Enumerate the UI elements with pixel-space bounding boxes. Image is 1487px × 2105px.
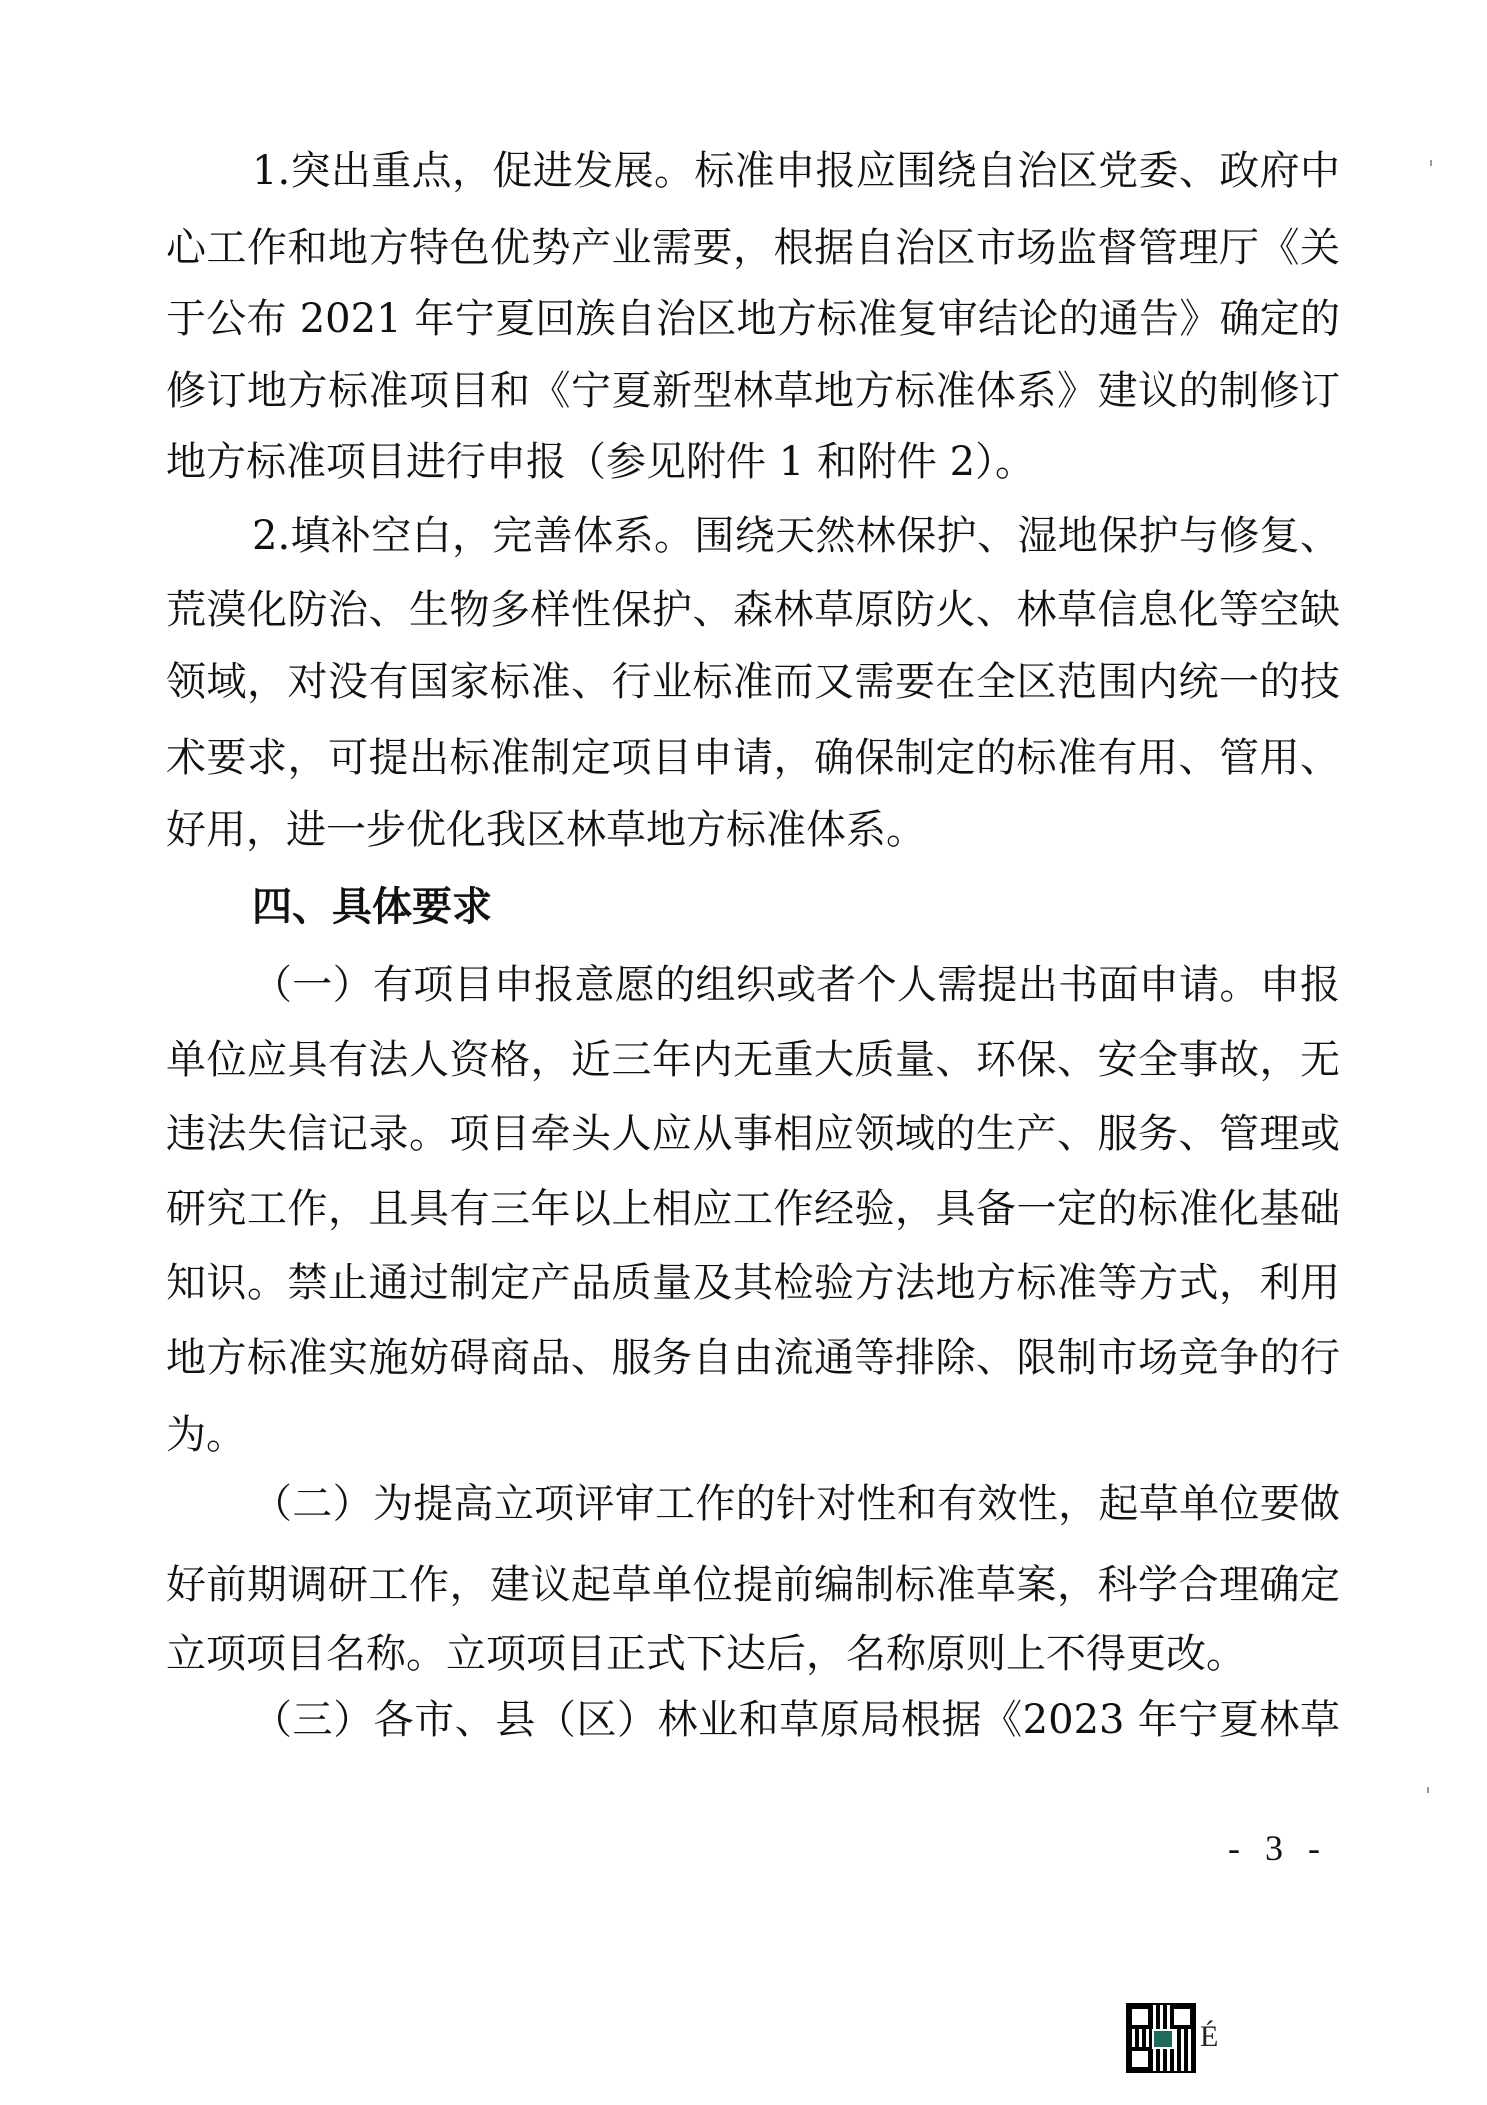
requirement-1-line-2: 单位应具有法人资格，近三年内无重大质量、环保、安全事故，无 — [166, 1036, 1340, 1084]
paragraph-2-line-1: 2.填补空白，完善体系。围绕天然林保护、湿地保护与修复、 — [252, 512, 1340, 560]
requirement-1-line-1: （一）有项目申报意愿的组织或者个人需提出书面申请。申报 — [252, 961, 1340, 1009]
qr-finder-icon — [1128, 2005, 1152, 2029]
paragraph-2-line-2: 荒漠化防治、生物多样性保护、森林草原防火、林草信息化等空缺 — [166, 586, 1340, 634]
requirement-1-line-6: 地方标准实施妨碍商品、服务自由流通等排除、限制市场竞争的行 — [166, 1334, 1340, 1382]
requirement-1-line-5: 知识。禁止通过制定产品质量及其检验方法地方标准等方式，利用 — [166, 1259, 1340, 1307]
paragraph-1-line-5: 地方标准项目进行申报（参见附件 1 和附件 2）。 — [166, 438, 1340, 486]
scan-speck — [1430, 160, 1432, 166]
qr-finder-icon — [1170, 2005, 1194, 2029]
document-page: 1.突出重点，促进发展。标准申报应围绕自治区党委、政府中 心工作和地方特色优势产… — [0, 0, 1487, 2105]
requirement-2-line-1: （二）为提高立项评审工作的针对性和有效性，起草单位要做 — [252, 1480, 1340, 1528]
paragraph-1-line-4: 修订地方标准项目和《宁夏新型林草地方标准体系》建议的制修订 — [166, 367, 1340, 415]
qr-finder-icon — [1128, 2047, 1152, 2071]
scan-speck — [1427, 1787, 1429, 1793]
qr-code-icon — [1128, 2005, 1194, 2071]
section-heading-4: 四、具体要求 — [252, 883, 1340, 931]
requirement-1-line-7: 为。 — [166, 1411, 1340, 1459]
qr-mark-text: É — [1200, 2020, 1218, 2054]
paragraph-1-line-2: 心工作和地方特色优势产业需要，根据自治区市场监督管理厅《关 — [166, 224, 1340, 272]
paragraph-2-line-4: 术要求，可提出标准制定项目申请，确保制定的标准有用、管用、 — [166, 734, 1340, 782]
requirement-2-line-2: 好前期调研工作，建议起草单位提前编制标准草案，科学合理确定 — [166, 1561, 1340, 1609]
paragraph-2-line-5: 好用，进一步优化我区林草地方标准体系。 — [166, 806, 1340, 854]
paragraph-1-line-3: 于公布 2021 年宁夏回族自治区地方标准复审结论的通告》确定的 — [166, 295, 1340, 343]
page-number: - 3 - — [1228, 1828, 1328, 1868]
qr-logo-icon — [1152, 2029, 1174, 2049]
paragraph-2-line-3: 领域，对没有国家标准、行业标准而又需要在全区范围内统一的技 — [166, 658, 1340, 706]
requirement-3-line-1: （三）各市、县（区）林业和草原局根据《2023 年宁夏林草 — [252, 1696, 1340, 1744]
paragraph-1-line-1: 1.突出重点，促进发展。标准申报应围绕自治区党委、政府中 — [252, 147, 1340, 195]
requirement-1-line-3: 违法失信记录。项目牵头人应从事相应领域的生产、服务、管理或 — [166, 1110, 1340, 1158]
requirement-2-line-3: 立项项目名称。立项项目正式下达后，名称原则上不得更改。 — [166, 1630, 1340, 1678]
requirement-1-line-4: 研究工作，且具有三年以上相应工作经验，具备一定的标准化基础 — [166, 1185, 1340, 1233]
